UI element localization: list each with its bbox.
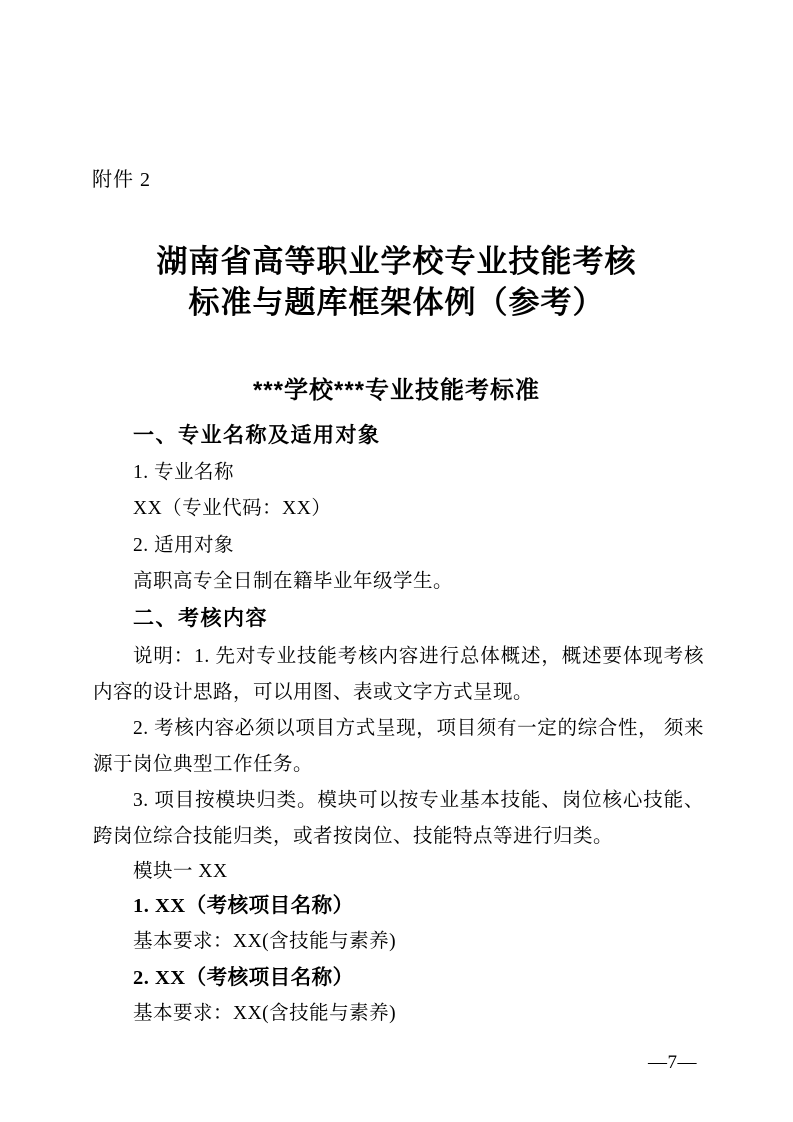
project1-heading: 1. XX（考核项目名称） — [133, 888, 354, 918]
section2-note-paragraph-3: 3. 项目按模块归类。模块可以按专业基本技能、岗位核心技能、跨岗位综合技能归类，… — [93, 783, 704, 855]
module1-heading: 模块一 XX — [133, 855, 228, 883]
project1-requirement: 基本要求：XX(含技能与素养) — [133, 925, 396, 953]
document-title-line1: 湖南省高等职业学校专业技能考核 — [0, 241, 793, 282]
document-page: 附件 2 湖南省高等职业学校专业技能考核 标准与题库框架体例（参考） ***学校… — [0, 0, 793, 1122]
section1-item1-value: XX（专业代码：XX） — [133, 492, 331, 520]
project2-heading: 2. XX（考核项目名称） — [133, 960, 354, 990]
section1-item1-label: 1. 专业名称 — [133, 456, 234, 484]
document-subtitle: ***学校***专业技能考标准 — [0, 370, 793, 405]
section1-item2-value: 高职高专全日制在籍毕业年级学生。 — [133, 565, 453, 593]
section2-note-paragraph-2: 2. 考核内容必须以项目方式呈现，项目须有一定的综合性， 须来源于岗位典型工作任… — [93, 711, 704, 783]
document-title: 湖南省高等职业学校专业技能考核 标准与题库框架体例（参考） — [0, 241, 793, 323]
section2-note-paragraph-1: 说明：1. 先对专业技能考核内容进行总体概述，概述要体现考核内容的设计思路，可以… — [93, 639, 704, 711]
document-title-line2: 标准与题库框架体例（参考） — [0, 282, 793, 323]
page-number: —7— — [648, 1052, 697, 1074]
section1-item2-label: 2. 适用对象 — [133, 529, 234, 557]
section2-heading: 二、考核内容 — [133, 602, 268, 632]
attachment-label: 附件 2 — [92, 163, 151, 192]
project2-requirement: 基本要求：XX(含技能与素养) — [133, 997, 396, 1025]
section1-heading: 一、专业名称及适用对象 — [133, 419, 381, 449]
